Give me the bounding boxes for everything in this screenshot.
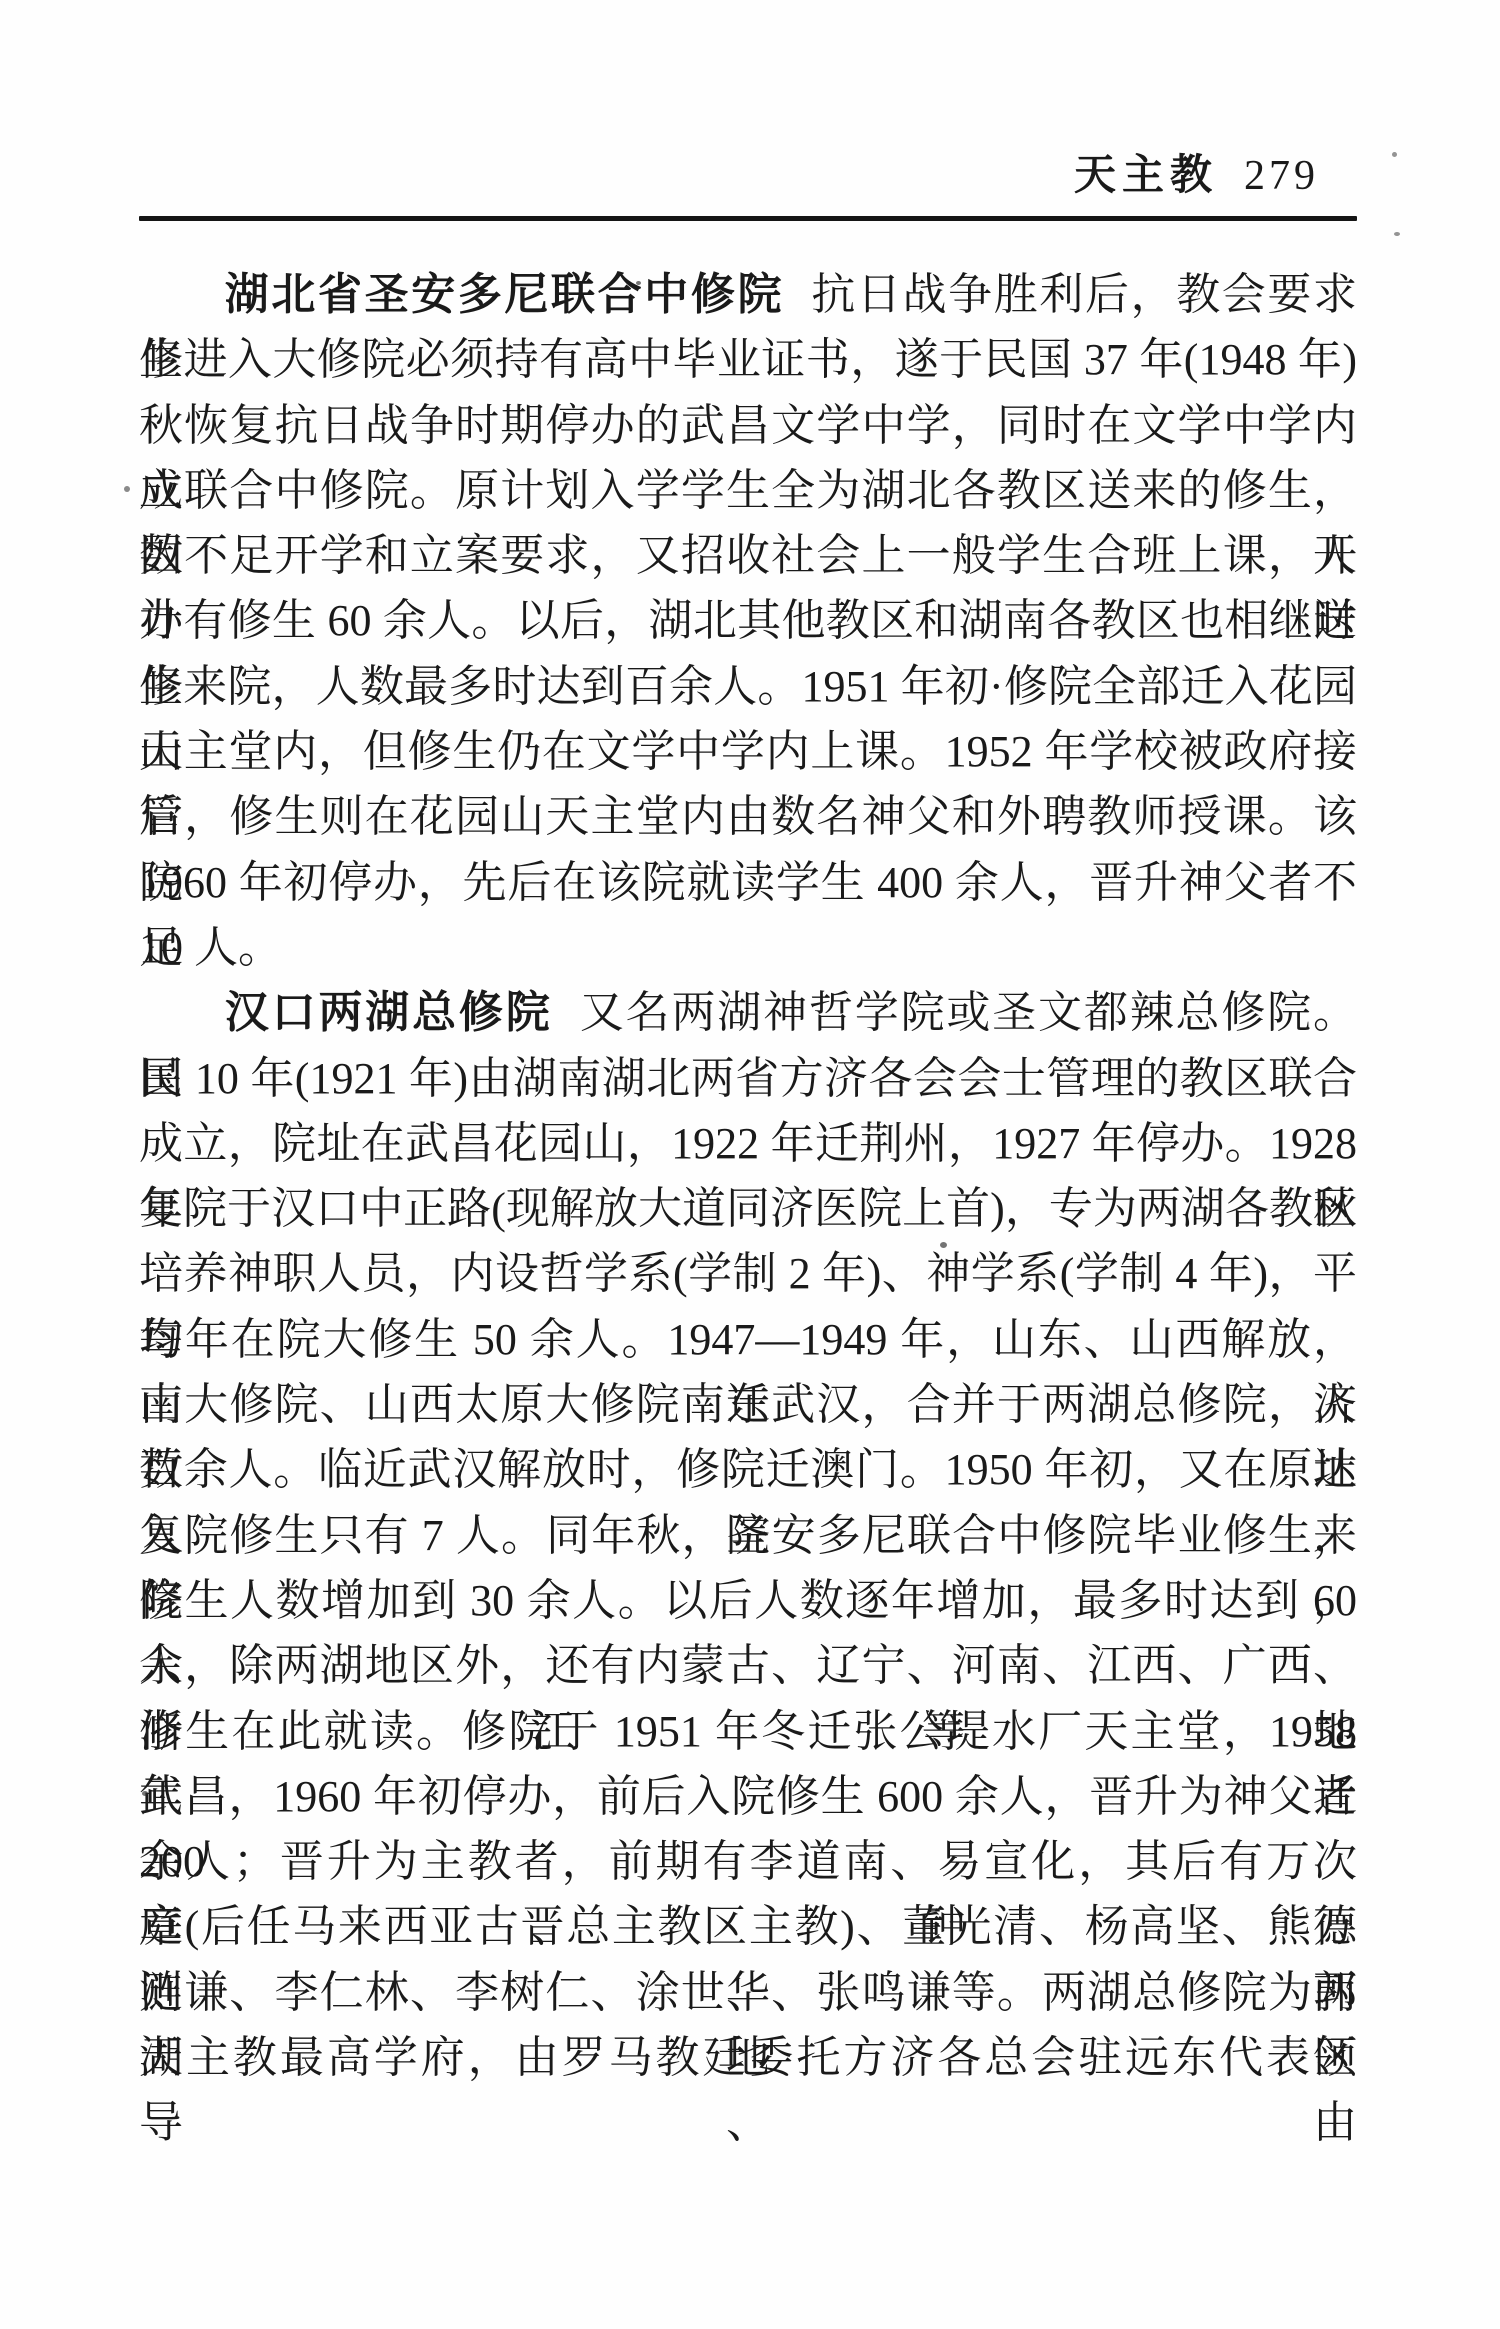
line-text: 生进入大修院必须持有高中毕业证书，遂于民国 37 年(1948 年) — [139, 335, 1357, 384]
scan-speck — [636, 281, 641, 285]
line-text: 10 人。 — [139, 923, 282, 972]
text-line: 余人；晋升为主教者，前期有李道南、易宣化，其后有万次章、钟万 — [139, 1829, 1357, 1894]
text-line: 立联合中修院。原计划入学学生全为湖北各教区送来的修生，因人 — [139, 458, 1357, 523]
text-line: 人，除两湖地区外，还有内蒙古、辽宁、河南、江西、广西、浙江等地 — [139, 1633, 1357, 1698]
scanned-book-page: 天主教279 湖北省圣安多尼联合中修院抗日战争胜利后，教会要求修生进入大修院必须… — [0, 0, 1500, 2329]
line-text: 国 10 年(1921 年)由湖南湖北两省方济各会会士管理的教区联合 — [139, 1054, 1357, 1103]
text-line: 秋恢复抗日战争时期停办的武昌文学中学，同时在文学中学内成 — [139, 393, 1357, 458]
text-body: 湖北省圣安多尼联合中修院抗日战争胜利后，教会要求修生进入大修院必须持有高中毕业证… — [139, 262, 1357, 2090]
running-header: 天主教279 — [139, 148, 1319, 204]
text-line: 1960 年初停办，先后在该院就读学生 400 余人，晋升神父者不足 — [139, 850, 1357, 915]
text-line: 汉口两湖总修院又名两湖神哲学院或圣文都辣总修院。民 — [139, 980, 1357, 1045]
line-text: 天主教最高学府，由罗马教廷委托方济各总会驻远东代表领导、由 — [139, 2033, 1357, 2147]
text-line: 天主堂内，但修生仍在文学中学内上课。1952 年学校被政府接管 — [139, 719, 1357, 784]
text-line: 南大修院、山西太原大修院南迁武汉，合并于两湖总修院，人数达 — [139, 1372, 1357, 1437]
text-line: 庭(后任马来西亚古晋总主教区主教)、董光清、杨高坚、熊德涟、郭 — [139, 1894, 1357, 1959]
text-line: 培养神职人员，内设哲学系(学制 2 年)、神学系(学制 4 年)，平均 — [139, 1241, 1357, 1306]
text-line: 复院于汉口中正路(现解放大道同济医院上首)，专为两湖各教区 — [139, 1176, 1357, 1241]
text-line: 10 人。 — [139, 915, 1357, 980]
text-line: 则谦、李仁林、李树仁、涂世华、张鸣谦等。两湖总修院为两湖地区 — [139, 1960, 1357, 2025]
text-line: 生来院，人数最多时达到百余人。1951 年初·修院全部迁入花园山 — [139, 654, 1357, 719]
scan-speck — [1394, 232, 1400, 236]
entry-heading: 汉口两湖总修院 — [225, 988, 553, 1037]
line-text: 复院于汉口中正路(现解放大道同济医院上首)，专为两湖各教区 — [139, 1184, 1357, 1233]
text-line: 修生在此就读。修院于 1951 年冬迁张公堤水厂天主堂，1958 年迁 — [139, 1699, 1357, 1764]
text-line: 百余人。临近武汉解放时，修院迁澳门。1950 年初，又在原址复院， — [139, 1437, 1357, 1502]
text-line: 每年在院大修生 50 余人。1947—1949 年，山东、山西解放，山东济 — [139, 1307, 1357, 1372]
scan-speck — [142, 1791, 148, 1796]
scan-speck — [1392, 152, 1397, 157]
page-number: 279 — [1244, 153, 1319, 199]
text-line: 修生人数增加到 30 余人。以后人数逐年增加，最多时达到 60 余 — [139, 1568, 1357, 1633]
entry-heading: 湖北省圣安多尼联合中修院 — [225, 270, 784, 319]
text-line: 湖北省圣安多尼联合中修院抗日战争胜利后，教会要求修 — [139, 262, 1357, 327]
text-line: 国 10 年(1921 年)由湖南湖北两省方济各会会士管理的教区联合 — [139, 1046, 1357, 1111]
text-line: 数不足开学和立案要求，又招收社会上一般学生合班上课，开办时 — [139, 523, 1357, 588]
text-line: 成立，院址在武昌花园山，1922 年迁荆州，1927 年停办。1928 年秋 — [139, 1111, 1357, 1176]
text-line: 后，修生则在花园山天主堂内由数名神父和外聘教师授课。该院 — [139, 784, 1357, 849]
text-line: 武昌，1960 年初停办，前后入院修生 600 余人，晋升为神父者 200 — [139, 1764, 1357, 1829]
text-line: 计有修生 60 余人。以后，湖北其他教区和湖南各教区也相继送修 — [139, 588, 1357, 653]
text-line: 生进入大修院必须持有高中毕业证书，遂于民国 37 年(1948 年) — [139, 327, 1357, 392]
scan-speck — [940, 1242, 947, 1248]
header-rule — [139, 216, 1357, 221]
scan-speck — [124, 486, 130, 492]
text-line: 天主教最高学府，由罗马教廷委托方济各总会驻远东代表领导、由 — [139, 2025, 1357, 2090]
section-title: 天主教 — [1074, 153, 1218, 199]
text-line: 入院修生只有 7 人。同年秋，圣安多尼联合中修院毕业修生来院， — [139, 1503, 1357, 1568]
